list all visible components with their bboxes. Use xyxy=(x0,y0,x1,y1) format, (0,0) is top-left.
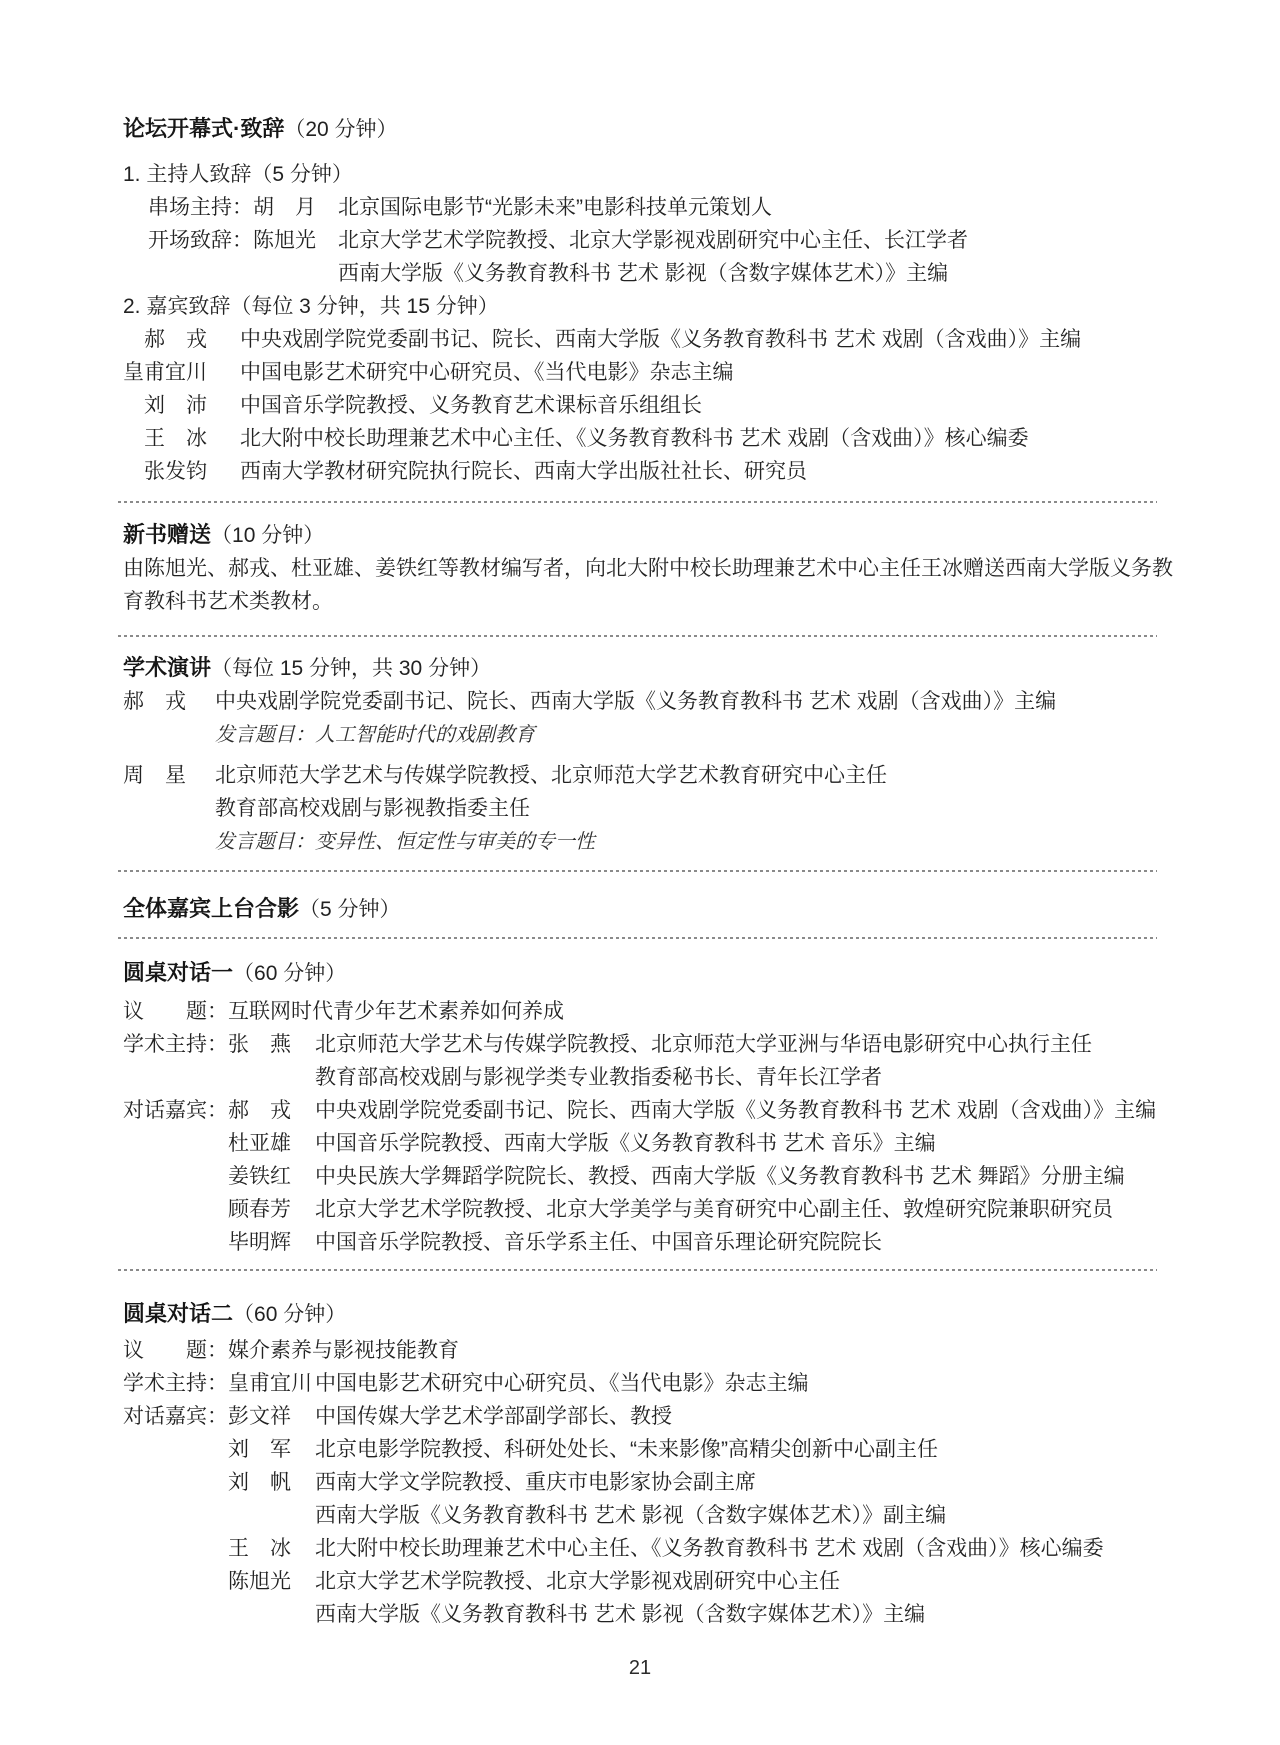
guest-name: 皇甫宜川 xyxy=(123,356,207,389)
speaker-topic: 发言题目：人工智能时代的戏剧教育 xyxy=(215,718,1157,751)
opening-host-name: 胡 月 xyxy=(253,191,338,224)
opening-host-row: 串场主持： 胡 月 北京国际电影节“光影未来”电影科技单元策划人 xyxy=(148,191,1157,224)
guest-desc: 中国音乐学院教授、义务教育艺术课标音乐组组长 xyxy=(240,389,702,422)
host-desc2: 教育部高校戏剧与影视学类专业教指委秘书长、青年长江学者 xyxy=(315,1061,1157,1094)
guest-name: 郝 戎 xyxy=(228,1094,315,1127)
host-label: 学术主持： xyxy=(123,1028,228,1061)
section-photo-duration: （5 分钟） xyxy=(299,898,401,921)
topic-label: 议 题： xyxy=(123,995,228,1028)
guest-desc: 中央戏剧学院党委副书记、院长、西南大学版《义务教育教科书 艺术 戏剧（含戏曲）》… xyxy=(240,323,1081,356)
section-roundtable2-title-text: 圆桌对话二 xyxy=(123,1301,233,1326)
guest-desc: 中国音乐学院教授、西南大学版《义务教育教科书 艺术 音乐》主编 xyxy=(315,1127,936,1160)
guest-name: 张发钧 xyxy=(123,455,207,488)
guest-row: 刘 沛 中国音乐学院教授、义务教育艺术课标音乐组组长 xyxy=(123,389,1157,422)
guest-desc: 北大附中校长助理兼艺术中心主任、《义务教育教科书 艺术 戏剧（含戏曲）》核心编委 xyxy=(315,1532,1104,1565)
document-page: 论坛开幕式·致辞（20 分钟） 1. 主持人致辞（5 分钟） 串场主持： 胡 月… xyxy=(0,0,1280,1745)
roundtable2-guest-row: 对话嘉宾： 彭文祥 中国传媒大学艺术学部副学部长、教授 xyxy=(123,1400,1157,1433)
opening-host-label: 串场主持： xyxy=(148,191,253,224)
section-bookgift-duration: （10 分钟） xyxy=(211,524,324,547)
roundtable2-guest-row: 陈旭光 北京大学艺术学院教授、北京大学影视戏剧研究中心主任 xyxy=(228,1565,1157,1598)
guest-desc: 北京大学艺术学院教授、北京大学美学与美育研究中心副主任、敦煌研究院兼职研究员 xyxy=(315,1193,1113,1226)
roundtable1-host-row: 学术主持： 张 燕 北京师范大学艺术与传媒学院教授、北京师范大学亚洲与华语电影研… xyxy=(123,1028,1157,1061)
section-roundtable2-duration: （60 分钟） xyxy=(233,1303,346,1326)
section-divider xyxy=(118,937,1157,939)
section-divider xyxy=(118,870,1157,872)
guest-name: 郝 戎 xyxy=(123,323,207,356)
guest-row: 王 冰 北大附中校长助理兼艺术中心主任、《义务教育教科书 艺术 戏剧（含戏曲）》… xyxy=(123,422,1157,455)
section-lectures-title: 学术演讲（每位 15 分钟，共 30 分钟） xyxy=(123,651,1157,685)
section-photo-title-text: 全体嘉宾上台合影 xyxy=(123,896,299,921)
speaker-desc: 北京师范大学艺术与传媒学院教授、北京师范大学艺术教育研究中心主任 xyxy=(215,759,887,792)
guest-name: 杜亚雄 xyxy=(228,1127,315,1160)
roundtable1-guest-row: 杜亚雄 中国音乐学院教授、西南大学版《义务教育教科书 艺术 音乐》主编 xyxy=(228,1127,1157,1160)
section-roundtable2-title: 圆桌对话二（60 分钟） xyxy=(123,1297,1157,1331)
guest-desc: 北京大学艺术学院教授、北京大学影视戏剧研究中心主任 xyxy=(315,1565,840,1598)
topic-label: 议 题： xyxy=(123,1334,228,1367)
speaker-row: 郝 戎 中央戏剧学院党委副书记、院长、西南大学版《义务教育教科书 艺术 戏剧（含… xyxy=(123,685,1157,718)
section-roundtable1-title-text: 圆桌对话一 xyxy=(123,960,233,985)
section-lectures-title-text: 学术演讲 xyxy=(123,655,211,680)
host-desc: 北京师范大学艺术与传媒学院教授、北京师范大学亚洲与华语电影研究中心执行主任 xyxy=(315,1028,1092,1061)
guest-name: 陈旭光 xyxy=(228,1565,315,1598)
guest-desc2: 西南大学版《义务教育教科书 艺术 影视（含数字媒体艺术）》副主编 xyxy=(315,1499,1157,1532)
topic-text: 媒介素养与影视技能教育 xyxy=(228,1334,459,1367)
guest-desc: 中央戏剧学院党委副书记、院长、西南大学版《义务教育教科书 艺术 戏剧（含戏曲）》… xyxy=(315,1094,1156,1127)
section-opening-title-text: 论坛开幕式·致辞 xyxy=(123,116,284,141)
bookgift-paragraph-line2: 育教科书艺术类教材。 xyxy=(123,585,1157,618)
roundtable2-host-row: 学术主持： 皇甫宜川 中国电影艺术研究中心研究员、《当代电影》杂志主编 xyxy=(123,1367,1157,1400)
section-bookgift-title: 新书赠送（10 分钟） xyxy=(123,518,1157,552)
guest-desc: 西南大学文学院教授、重庆市电影家协会副主席 xyxy=(315,1466,756,1499)
section-roundtable1-duration: （60 分钟） xyxy=(233,962,346,985)
section-roundtable1-title: 圆桌对话一（60 分钟） xyxy=(123,956,1157,990)
guests-label: 对话嘉宾： xyxy=(123,1400,228,1433)
guest-desc: 中国音乐学院教授、音乐学系主任、中国音乐理论研究院院长 xyxy=(315,1226,882,1259)
guest-row: 张发钧 西南大学教材研究院执行院长、西南大学出版社社长、研究员 xyxy=(123,455,1157,488)
page-number: 21 xyxy=(123,1652,1157,1685)
guest-name: 姜铁红 xyxy=(228,1160,315,1193)
guest-desc: 中国传媒大学艺术学部副学部长、教授 xyxy=(315,1400,672,1433)
guest-desc: 北大附中校长助理兼艺术中心主任、《义务教育教科书 艺术 戏剧（含戏曲）》核心编委 xyxy=(240,422,1029,455)
guest-row: 皇甫宜川 中国电影艺术研究中心研究员、《当代电影》杂志主编 xyxy=(123,356,1157,389)
roundtable1-guest-row: 姜铁红 中央民族大学舞蹈学院院长、教授、西南大学版《义务教育教科书 艺术 舞蹈》… xyxy=(228,1160,1157,1193)
roundtable2-guest-row: 王 冰 北大附中校长助理兼艺术中心主任、《义务教育教科书 艺术 戏剧（含戏曲）》… xyxy=(228,1532,1157,1565)
speaker-name: 周 星 xyxy=(123,759,215,792)
speaker-topic: 发言题目：变异性、恒定性与审美的专一性 xyxy=(215,825,1157,858)
speaker-desc2: 教育部高校戏剧与影视教指委主任 xyxy=(215,792,1157,825)
opening-item-2: 2. 嘉宾致辞（每位 3 分钟，共 15 分钟） xyxy=(123,290,1157,323)
bookgift-paragraph-line1: 由陈旭光、郝戎、杜亚雄、姜铁红等教材编写者，向北大附中校长助理兼艺术中心主任王冰… xyxy=(123,552,1157,585)
guest-name: 刘 沛 xyxy=(123,389,207,422)
guest-desc: 中央民族大学舞蹈学院院长、教授、西南大学版《义务教育教科书 艺术 舞蹈》分册主编 xyxy=(315,1160,1125,1193)
guest-desc2: 西南大学版《义务教育教科书 艺术 影视（含数字媒体艺术）》主编 xyxy=(315,1598,1157,1631)
speaker-name: 郝 戎 xyxy=(123,685,215,718)
section-lectures-duration: （每位 15 分钟，共 30 分钟） xyxy=(211,657,491,680)
guest-name: 刘 军 xyxy=(228,1433,315,1466)
host-name: 皇甫宜川 xyxy=(228,1367,315,1400)
roundtable1-guest-row: 对话嘉宾： 郝 戎 中央戏剧学院党委副书记、院长、西南大学版《义务教育教科书 艺… xyxy=(123,1094,1157,1127)
roundtable1-guest-row: 毕明辉 中国音乐学院教授、音乐学系主任、中国音乐理论研究院院长 xyxy=(228,1226,1157,1259)
guest-name: 刘 帆 xyxy=(228,1466,315,1499)
guest-name: 顾春芳 xyxy=(228,1193,315,1226)
section-photo-title: 全体嘉宾上台合影（5 分钟） xyxy=(123,892,1157,926)
guest-row: 郝 戎 中央戏剧学院党委副书记、院长、西南大学版《义务教育教科书 艺术 戏剧（含… xyxy=(123,323,1157,356)
guests-label: 对话嘉宾： xyxy=(123,1094,228,1127)
host-name: 张 燕 xyxy=(228,1028,315,1061)
guest-name: 王 冰 xyxy=(228,1532,315,1565)
opening-welcome-desc2: 西南大学版《义务教育教科书 艺术 影视（含数字媒体艺术）》主编 xyxy=(338,257,1157,290)
speaker-desc: 中央戏剧学院党委副书记、院长、西南大学版《义务教育教科书 艺术 戏剧（含戏曲）》… xyxy=(215,685,1056,718)
host-label: 学术主持： xyxy=(123,1367,228,1400)
section-bookgift-title-text: 新书赠送 xyxy=(123,522,211,547)
host-desc: 中国电影艺术研究中心研究员、《当代电影》杂志主编 xyxy=(315,1367,809,1400)
guest-name: 王 冰 xyxy=(123,422,207,455)
guest-desc: 北京电影学院教授、科研处处长、“未来影像”高精尖创新中心副主任 xyxy=(315,1433,938,1466)
guest-desc: 中国电影艺术研究中心研究员、《当代电影》杂志主编 xyxy=(240,356,734,389)
section-divider xyxy=(118,1269,1157,1271)
guest-desc: 西南大学教材研究院执行院长、西南大学出版社社长、研究员 xyxy=(240,455,807,488)
opening-item-1: 1. 主持人致辞（5 分钟） xyxy=(123,158,1157,191)
roundtable1-guest-row: 顾春芳 北京大学艺术学院教授、北京大学美学与美育研究中心副主任、敦煌研究院兼职研… xyxy=(228,1193,1157,1226)
section-divider xyxy=(118,635,1157,637)
roundtable2-guest-row: 刘 军 北京电影学院教授、科研处处长、“未来影像”高精尖创新中心副主任 xyxy=(228,1433,1157,1466)
opening-welcome-name: 陈旭光 xyxy=(253,224,338,257)
opening-welcome-row: 开场致辞： 陈旭光 北京大学艺术学院教授、北京大学影视戏剧研究中心主任、长江学者 xyxy=(148,224,1157,257)
opening-host-desc: 北京国际电影节“光影未来”电影科技单元策划人 xyxy=(338,191,772,224)
speaker-row: 周 星 北京师范大学艺术与传媒学院教授、北京师范大学艺术教育研究中心主任 xyxy=(123,759,1157,792)
opening-welcome-label: 开场致辞： xyxy=(148,224,253,257)
topic-text: 互联网时代青少年艺术素养如何养成 xyxy=(228,995,564,1028)
roundtable2-guest-row: 刘 帆 西南大学文学院教授、重庆市电影家协会副主席 xyxy=(228,1466,1157,1499)
guest-name: 彭文祥 xyxy=(228,1400,315,1433)
guest-name: 毕明辉 xyxy=(228,1226,315,1259)
section-opening-duration: （20 分钟） xyxy=(284,118,397,141)
roundtable1-topic-row: 议 题： 互联网时代青少年艺术素养如何养成 xyxy=(123,995,1157,1028)
section-opening-title: 论坛开幕式·致辞（20 分钟） xyxy=(123,112,1157,146)
section-divider xyxy=(118,501,1157,503)
opening-welcome-desc: 北京大学艺术学院教授、北京大学影视戏剧研究中心主任、长江学者 xyxy=(338,224,968,257)
roundtable2-topic-row: 议 题： 媒介素养与影视技能教育 xyxy=(123,1334,1157,1367)
